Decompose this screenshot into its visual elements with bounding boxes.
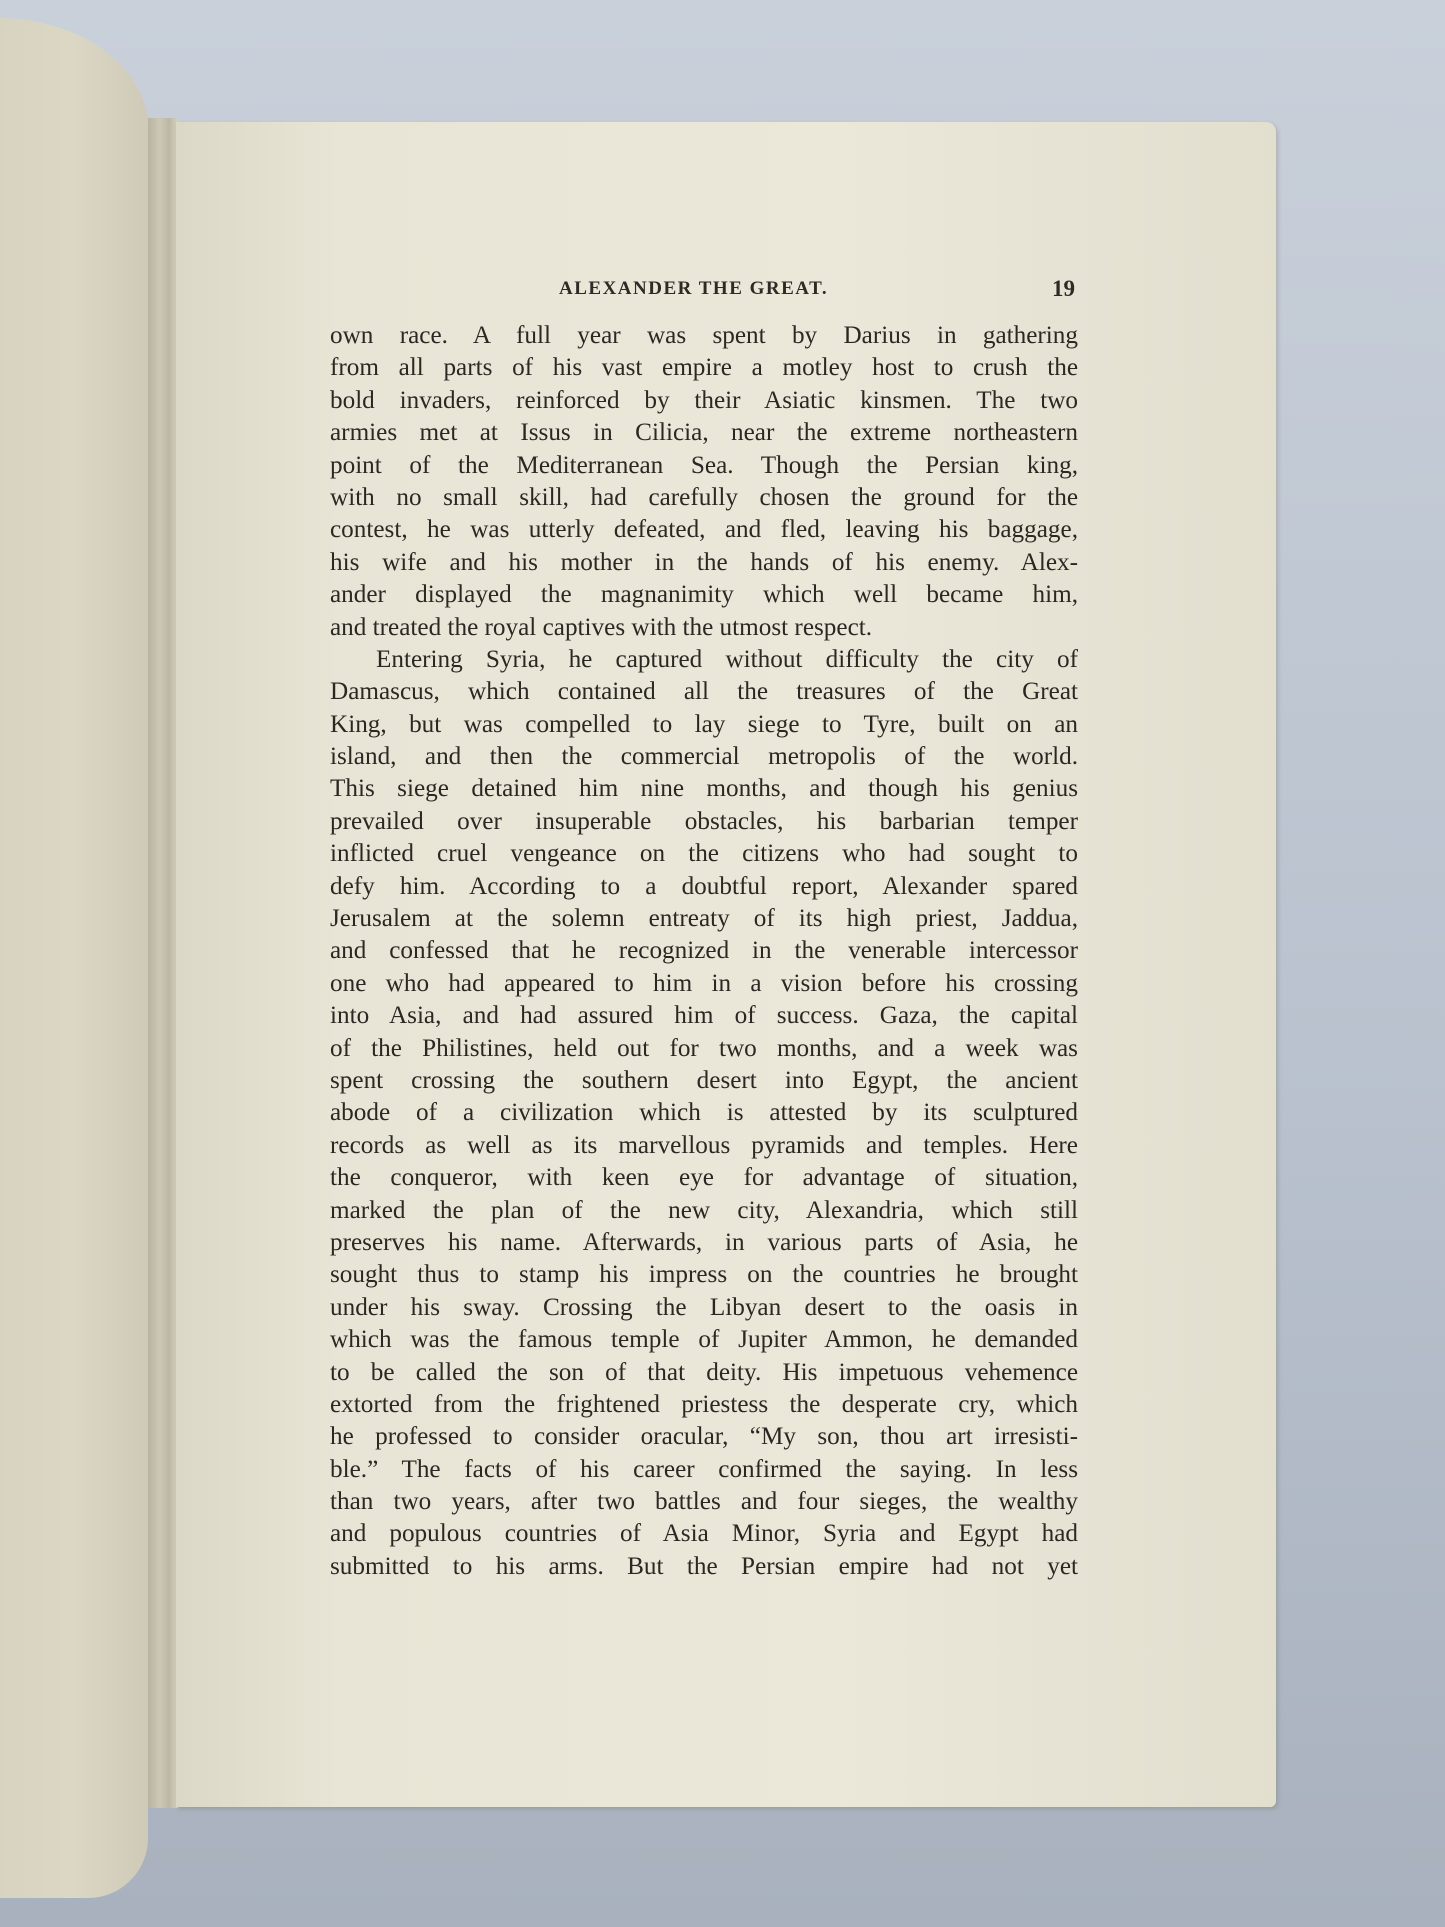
book-gutter xyxy=(148,118,178,1808)
text-line: defy him. According to a doubtful report… xyxy=(330,871,1078,903)
left-page-edge xyxy=(0,18,148,1898)
text-line: Jerusalem at the solemn entreaty of its … xyxy=(330,903,1078,935)
text-line: ble.” The facts of his career confirmed … xyxy=(330,1454,1078,1486)
text-line: submitted to his arms. But the Persian e… xyxy=(330,1551,1078,1583)
text-line: contest, he was utterly defeated, and fl… xyxy=(330,514,1078,546)
text-line: This siege detained him nine months, and… xyxy=(330,773,1078,805)
text-line: island, and then the commercial metropol… xyxy=(330,741,1078,773)
text-line: bold invaders, reinforced by their Asiat… xyxy=(330,385,1078,417)
text-line: and treated the royal captives with the … xyxy=(330,612,1078,644)
text-line: one who had appeared to him in a vision … xyxy=(330,968,1078,1000)
text-line: his wife and his mother in the hands of … xyxy=(330,547,1078,579)
text-line: point of the Mediterranean Sea. Though t… xyxy=(330,450,1078,482)
text-line: to be called the son of that deity. His … xyxy=(330,1357,1078,1389)
text-line: into Asia, and had assured him of succes… xyxy=(330,1000,1078,1032)
text-line: spent crossing the southern desert into … xyxy=(330,1065,1078,1097)
text-line: with no small skill, had carefully chose… xyxy=(330,482,1078,514)
text-line: inflicted cruel vengeance on the citizen… xyxy=(330,838,1078,870)
text-line: the conqueror, with keen eye for advanta… xyxy=(330,1162,1078,1194)
text-line: from all parts of his vast empire a motl… xyxy=(330,352,1078,384)
text-line: abode of a civilization which is atteste… xyxy=(330,1097,1078,1129)
text-line: records as well as its marvellous pyrami… xyxy=(330,1130,1078,1162)
body-text: own race. A full year was spent by Dariu… xyxy=(330,320,1078,1583)
text-line: ander displayed the magnanimity which we… xyxy=(330,579,1078,611)
running-head: ALEXANDER THE GREAT. xyxy=(559,278,828,300)
text-line: under his sway. Crossing the Libyan dese… xyxy=(330,1292,1078,1324)
text-line: sought thus to stamp his impress on the … xyxy=(330,1259,1078,1291)
text-line: extorted from the frightened priestess t… xyxy=(330,1389,1078,1421)
text-line: which was the famous temple of Jupiter A… xyxy=(330,1324,1078,1356)
text-line: marked the plan of the new city, Alexand… xyxy=(330,1195,1078,1227)
page-number: 19 xyxy=(1052,276,1075,302)
text-line: King, but was compelled to lay siege to … xyxy=(330,709,1078,741)
text-line: preserves his name. Afterwards, in vario… xyxy=(330,1227,1078,1259)
page-header: ALEXANDER THE GREAT. 19 xyxy=(335,278,1075,308)
paragraph-start-line: Entering Syria, he captured without diff… xyxy=(330,644,1078,676)
text-line: and populous countries of Asia Minor, Sy… xyxy=(330,1518,1078,1550)
text-line: Damascus, which contained all the treasu… xyxy=(330,676,1078,708)
text-line: and confessed that he recognized in the … xyxy=(330,935,1078,967)
text-line: he professed to consider oracular, “My s… xyxy=(330,1421,1078,1453)
text-line: than two years, after two battles and fo… xyxy=(330,1486,1078,1518)
text-line: own race. A full year was spent by Dariu… xyxy=(330,320,1078,352)
text-line: prevailed over insuperable obstacles, hi… xyxy=(330,806,1078,838)
text-line: armies met at Issus in Cilicia, near the… xyxy=(330,417,1078,449)
text-line: of the Philistines, held out for two mon… xyxy=(330,1033,1078,1065)
